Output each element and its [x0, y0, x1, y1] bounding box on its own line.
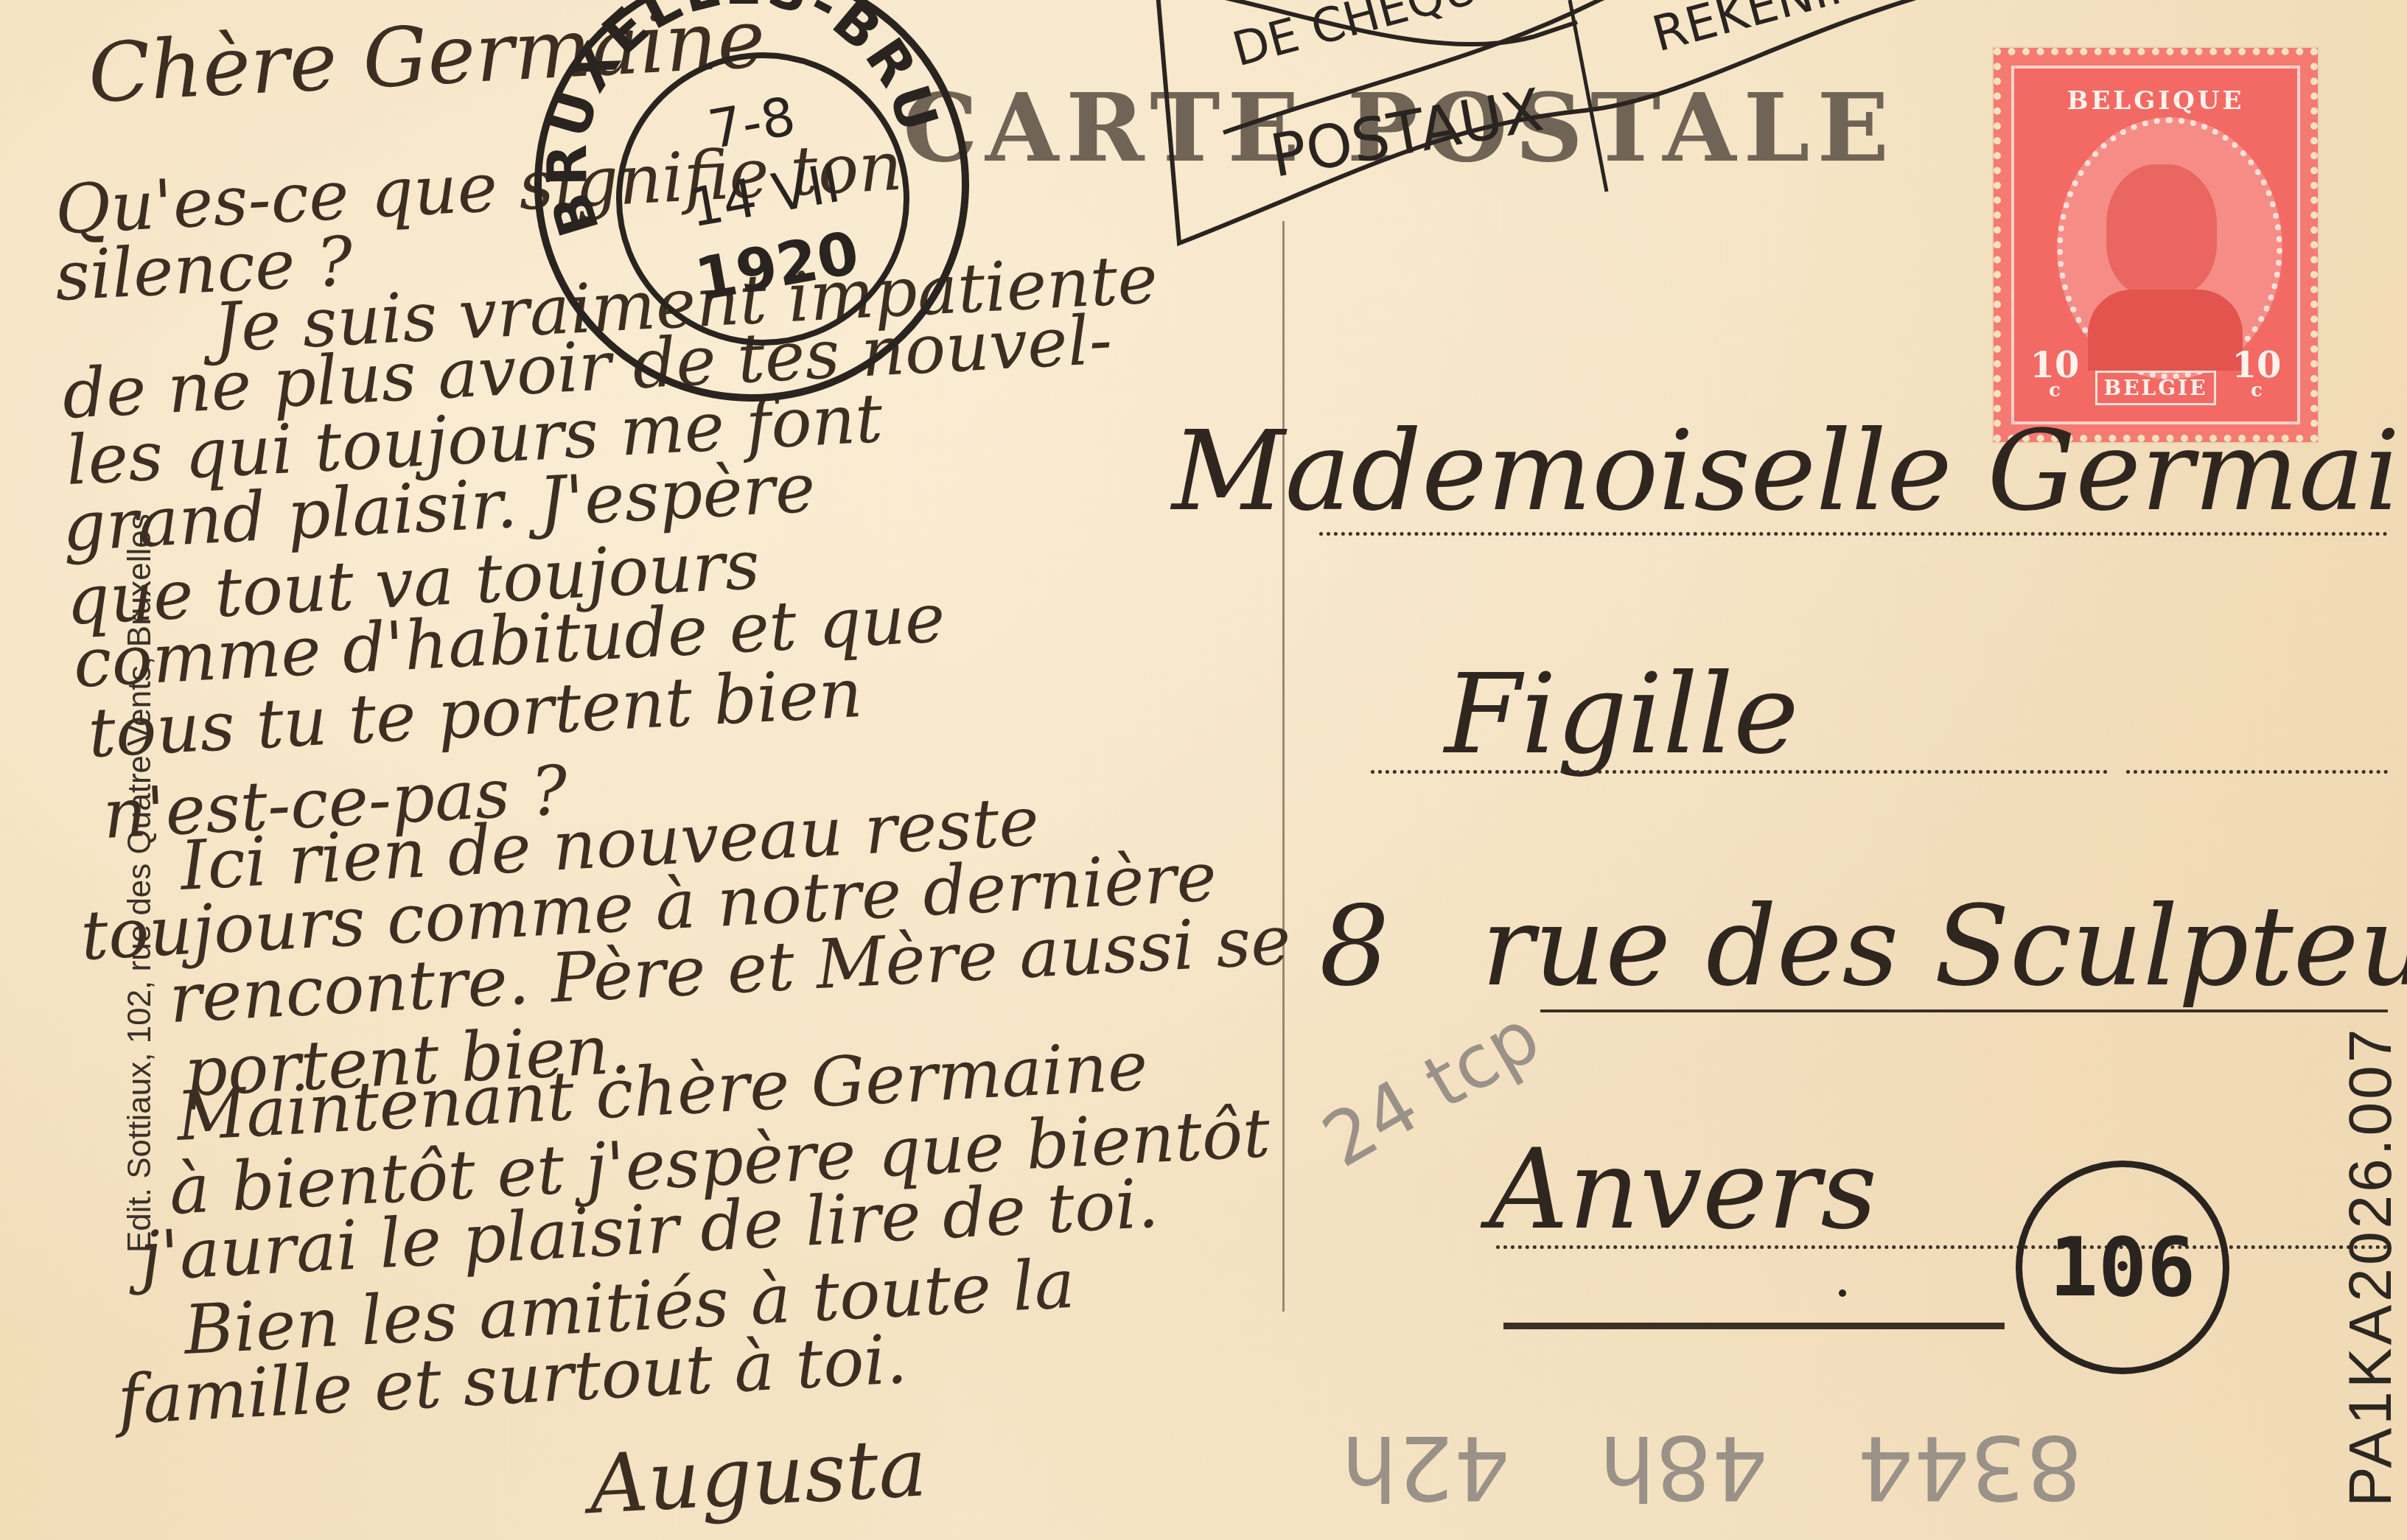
stamp-value-left: 10c: [2029, 350, 2081, 399]
catalog-id: PA1KA2026.007: [2336, 1026, 2406, 1507]
address-line-4: [1496, 1245, 2388, 1249]
king-uniform-icon: [2088, 290, 2243, 371]
stamp-country-bottom: BELGIE: [2095, 371, 2216, 405]
pencil-note-bottom: 8344: [1857, 1422, 2082, 1511]
stamp-frame: BELGIQUE 10c 10c BELGIE: [2011, 66, 2300, 424]
flag-cancel: DE CHEQUES POSTAUX REKENING: [1128, 0, 1960, 251]
address-line-2a: [1371, 770, 2108, 774]
postmark-circle: BRUXELLES-BRUSSEL 7-8 14 VII 1920: [531, 0, 973, 405]
stamp-value-right: 10c: [2231, 350, 2282, 399]
circled-number-stamp: 106: [2016, 1161, 2229, 1374]
address-line-1: [1319, 532, 2388, 536]
city-underline: [1503, 1323, 2005, 1329]
address-street: rue des Sculpteurs: [1481, 892, 2407, 1002]
postage-stamp: BELGIQUE 10c 10c BELGIE: [1994, 48, 2318, 442]
flag-cancel-line3: REKENING: [1646, 0, 1904, 63]
stamp-country-top: BELGIQUE: [2014, 86, 2297, 116]
address-name: Mademoiselle Germaine: [1172, 416, 2407, 527]
postcard-back: CARTE POSTALE Edit. Sottiaux, 102, rue d…: [0, 0, 2407, 1540]
address-line-2b: [2126, 770, 2388, 774]
king-portrait-icon: [2106, 164, 2217, 297]
address-line-3: [1540, 1009, 2388, 1012]
card-divider: [1282, 221, 1285, 1312]
pencil-note-bottom: 42h: [1341, 1422, 1510, 1511]
address-surname: Figille: [1444, 659, 1799, 770]
address-city: Anvers: [1489, 1135, 1877, 1245]
pencil-note-bottom: 48h: [1599, 1422, 1768, 1511]
signature: Augusta: [587, 1427, 929, 1525]
flag-cancel-line2: POSTAUX: [1265, 75, 1548, 190]
postmark-hours: 7-8: [704, 85, 800, 161]
address-street-number: 8: [1319, 892, 1389, 1002]
period-mark: [1839, 1289, 1846, 1297]
